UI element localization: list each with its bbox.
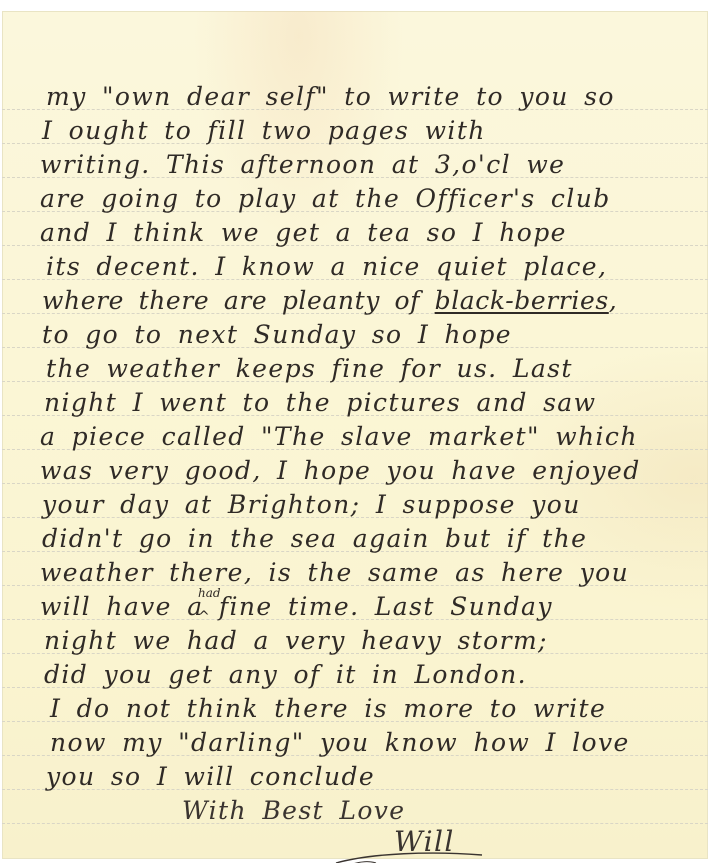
letter-line: did you get any of it in London. bbox=[44, 660, 527, 690]
letter-line: will have a fine time. Last Sunday bbox=[40, 592, 553, 622]
line-text: , bbox=[609, 286, 618, 315]
letter-line: writing. This afternoon at 3,o'cl we bbox=[40, 150, 565, 180]
letter-line: and I think we get a tea so I hope bbox=[40, 218, 567, 248]
letter-line: a piece called "The slave market" which bbox=[40, 422, 638, 452]
letter-line: night we had a very heavy storm; bbox=[44, 626, 548, 656]
line-text: will have bbox=[40, 592, 172, 621]
inserted-word: had bbox=[198, 586, 221, 600]
signature-flourish bbox=[332, 849, 492, 863]
letter-line: your day at Brighton; I suppose you bbox=[42, 490, 581, 520]
letter-line: are going to play at the Officer's club bbox=[40, 184, 611, 214]
letter-line: I ought to fill two pages with bbox=[42, 116, 486, 146]
letter-line: night I went to the pictures and saw bbox=[44, 388, 596, 418]
letter-line: the weather keeps fine for us. Last bbox=[46, 354, 573, 384]
line-text: a fine time. Last Sunday bbox=[172, 592, 553, 621]
line-text: where there are pleanty of bbox=[42, 286, 435, 315]
scanned-letter: my "own dear self" to write to you so I … bbox=[0, 0, 720, 863]
underlined-word: black-berries bbox=[435, 286, 609, 315]
letter-paper: my "own dear self" to write to you so I … bbox=[2, 11, 708, 859]
letter-line: you so I will conclude bbox=[46, 762, 375, 792]
letter-line: where there are pleanty of black-berries… bbox=[42, 286, 617, 316]
letter-line: its decent. I know a nice quiet place, bbox=[46, 252, 607, 282]
letter-line: weather there, is the same as here you bbox=[40, 558, 629, 588]
closing-text: With Best Love bbox=[182, 796, 406, 825]
letter-line: I do not think there is more to write bbox=[50, 694, 606, 724]
letter-line: now my "darling" you know how I love bbox=[50, 728, 630, 758]
insertion-caret: ^ bbox=[198, 609, 210, 625]
letter-line: to go to next Sunday so I hope bbox=[42, 320, 512, 350]
letter-line: my "own dear self" to write to you so bbox=[46, 82, 615, 112]
letter-line: was very good, I hope you have enjoyed bbox=[40, 456, 641, 486]
letter-line: didn't go in the sea again but if the bbox=[42, 524, 587, 554]
